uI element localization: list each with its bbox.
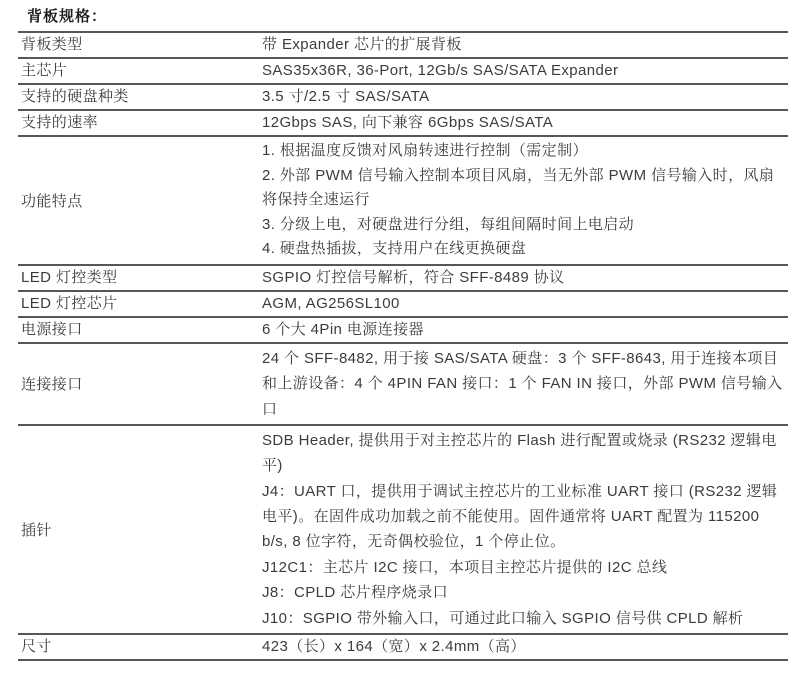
spec-label: 插针 (18, 425, 262, 634)
pin-item: J4：UART 口，提供用于调试主控芯片的工业标准 UART 接口 (RS232… (262, 479, 788, 555)
spec-value: 12Gbps SAS, 向下兼容 6Gbps SAS/SATA (262, 110, 788, 136)
table-row-speeds: 支持的速率 12Gbps SAS, 向下兼容 6Gbps SAS/SATA (18, 110, 788, 136)
table-row-connectors: 连接接口 24 个 SFF-8482, 用于接 SAS/SATA 硬盘：3 个 … (18, 343, 788, 425)
feature-item: 4. 硬盘热插拔，支持用户在线更换硬盘 (262, 237, 788, 262)
spec-label: 支持的硬盘种类 (18, 84, 262, 110)
spec-value: 423（长）x 164（宽）x 2.4mm（高） (262, 634, 788, 660)
table-row-led-control-chip: LED 灯控芯片 AGM, AG256SL100 (18, 291, 788, 317)
connector-description: 24 个 SFF-8482, 用于接 SAS/SATA 硬盘：3 个 SFF-8… (262, 346, 788, 422)
spec-table: 背板类型 带 Expander 芯片的扩展背板 主芯片 SAS35x36R, 3… (18, 31, 788, 661)
pin-item: SDB Header, 提供用于对主控芯片的 Flash 进行配置或烧录 (RS… (262, 428, 788, 479)
feature-item: 1. 根据温度反馈对风扇转速进行控制（需定制） (262, 139, 788, 164)
pin-item: J12C1：主芯片 I2C 接口，本项目主控芯片提供的 I2C 总线 (262, 555, 788, 580)
table-row-disk-types: 支持的硬盘种类 3.5 寸/2.5 寸 SAS/SATA (18, 84, 788, 110)
spec-label: 支持的速率 (18, 110, 262, 136)
spec-label: 背板类型 (18, 32, 262, 58)
table-row-backplane-type: 背板类型 带 Expander 芯片的扩展背板 (18, 32, 788, 58)
feature-item: 2. 外部 PWM 信号输入控制本项目风扇，当无外部 PWM 信号输入时，风扇将… (262, 164, 788, 213)
spec-label: 连接接口 (18, 343, 262, 425)
feature-item: 3. 分级上电，对硬盘进行分组，每组间隔时间上电启动 (262, 213, 788, 238)
table-row-features: 功能特点 1. 根据温度反馈对风扇转速进行控制（需定制） 2. 外部 PWM 信… (18, 136, 788, 265)
spec-value: 带 Expander 芯片的扩展背板 (262, 32, 788, 58)
spec-label: LED 灯控类型 (18, 265, 262, 291)
spec-label: 功能特点 (18, 136, 262, 265)
section-title: 背板规格： (27, 6, 809, 31)
spec-value: 24 个 SFF-8482, 用于接 SAS/SATA 硬盘：3 个 SFF-8… (262, 343, 788, 425)
table-row-dimensions: 尺寸 423（长）x 164（宽）x 2.4mm（高） (18, 634, 788, 660)
pin-item: J10：SGPIO 带外输入口，可通过此口输入 SGPIO 信号供 CPLD 解… (262, 606, 788, 631)
spec-value: SAS35x36R, 36-Port, 12Gb/s SAS/SATA Expa… (262, 58, 788, 84)
table-row-headers-pins: 插针 SDB Header, 提供用于对主控芯片的 Flash 进行配置或烧录 … (18, 425, 788, 634)
table-row-led-control-type: LED 灯控类型 SGPIO 灯控信号解析，符合 SFF-8489 协议 (18, 265, 788, 291)
document-page: 背板规格： 背板类型 带 Expander 芯片的扩展背板 主芯片 SAS35x… (0, 6, 809, 679)
table-row-main-chip: 主芯片 SAS35x36R, 36-Port, 12Gb/s SAS/SATA … (18, 58, 788, 84)
spec-label: 电源接口 (18, 317, 262, 343)
spec-value: SGPIO 灯控信号解析，符合 SFF-8489 协议 (262, 265, 788, 291)
table-row-power-connector: 电源接口 6 个大 4Pin 电源连接器 (18, 317, 788, 343)
spec-value: 1. 根据温度反馈对风扇转速进行控制（需定制） 2. 外部 PWM 信号输入控制… (262, 136, 788, 265)
spec-value: 3.5 寸/2.5 寸 SAS/SATA (262, 84, 788, 110)
spec-label: LED 灯控芯片 (18, 291, 262, 317)
spec-value: 6 个大 4Pin 电源连接器 (262, 317, 788, 343)
spec-label: 主芯片 (18, 58, 262, 84)
pin-item: J8：CPLD 芯片程序烧录口 (262, 580, 788, 605)
spec-label: 尺寸 (18, 634, 262, 660)
spec-value: SDB Header, 提供用于对主控芯片的 Flash 进行配置或烧录 (RS… (262, 425, 788, 634)
spec-value: AGM, AG256SL100 (262, 291, 788, 317)
